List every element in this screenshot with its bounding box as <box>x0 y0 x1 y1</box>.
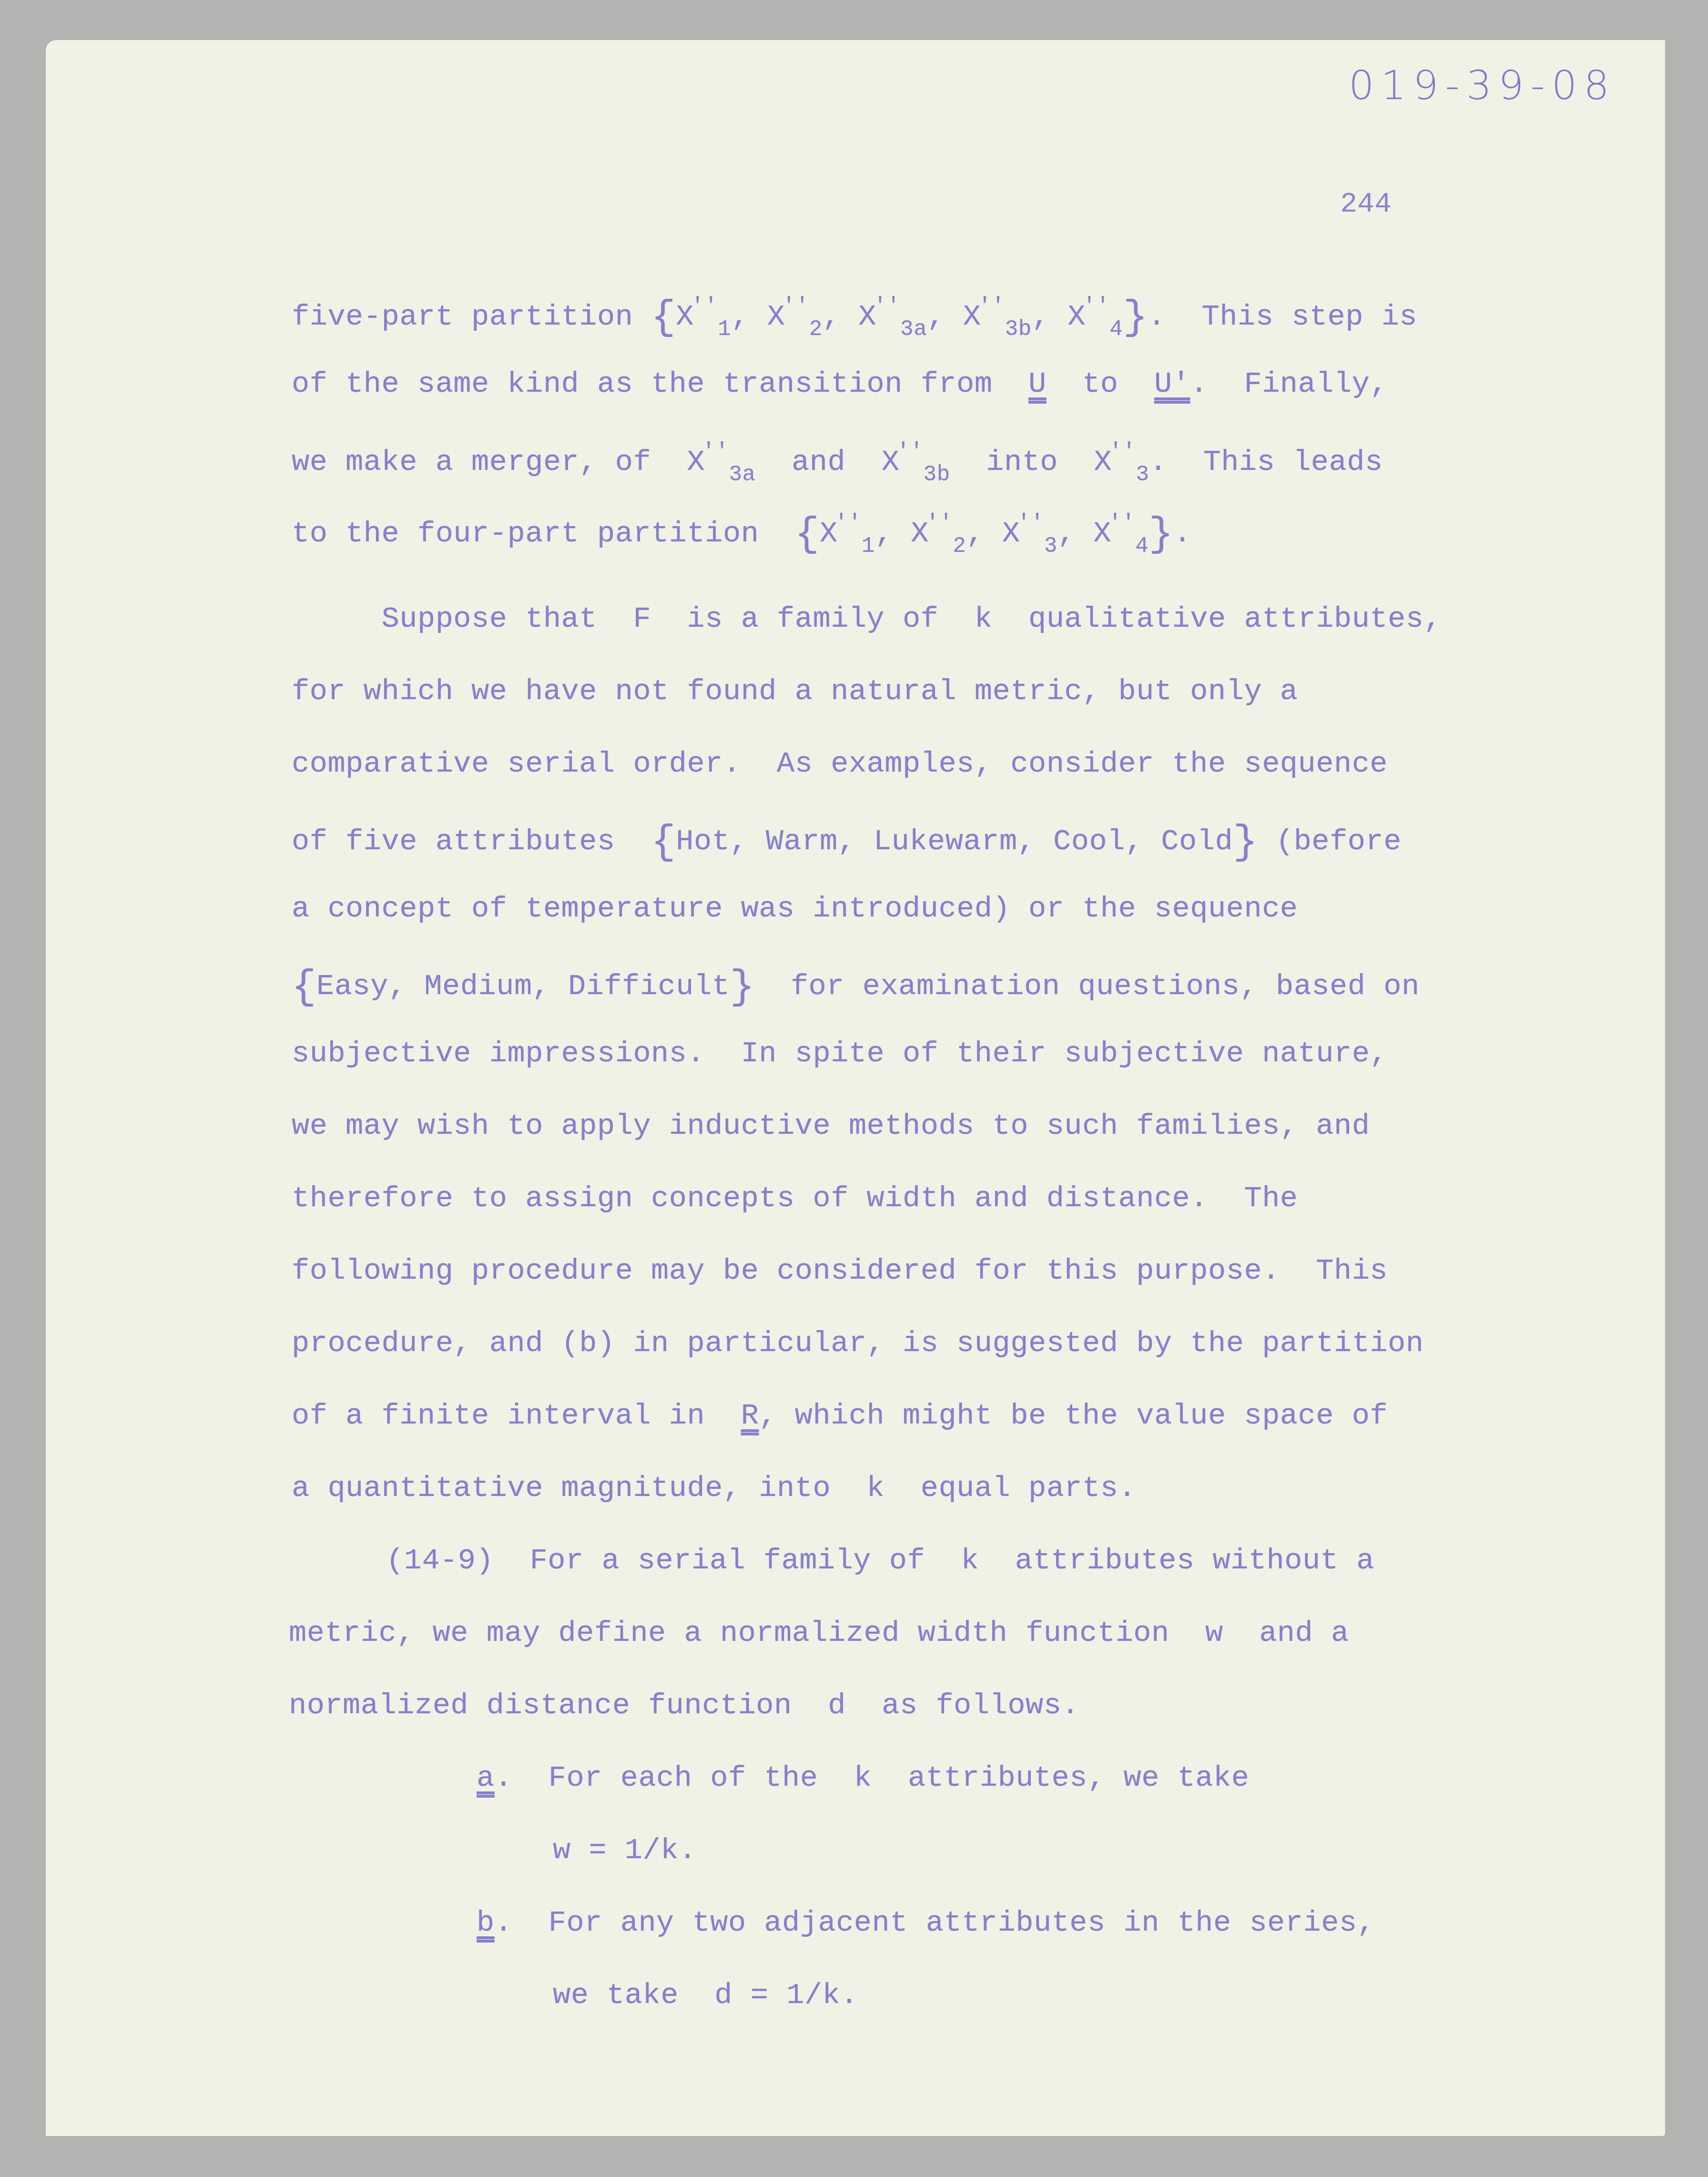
p1-line-3: we make a merger, of X''3a and X''3b int… <box>292 441 1383 486</box>
var-x4: X''4 <box>1067 300 1123 334</box>
p2-line-1: Suppose that F is a family of k qualitat… <box>292 604 1442 634</box>
brace-close: } <box>1149 511 1173 558</box>
typed-body: five-part partition {X''1, X''2, X''3a, … <box>0 0 36 1123</box>
brace-close: } <box>1233 819 1258 865</box>
archive-id-handwritten: 019-39-08 <box>1349 62 1616 109</box>
var-x3: X''3, <box>1002 517 1093 550</box>
p2-line-3: comparative serial order. As examples, c… <box>292 749 1388 779</box>
definition-line-2: metric, we may define a normalized width… <box>289 1618 1349 1648</box>
brace-open: { <box>292 964 316 1010</box>
p2-line-2: for which we have not found a natural me… <box>292 677 1298 706</box>
p1-line-1: five-part partition {X''1, X''2, X''3a, … <box>292 295 1417 340</box>
brace-open: { <box>651 819 676 865</box>
item-a-marker: a <box>477 1761 495 1795</box>
symbol-U: U <box>1028 367 1047 401</box>
brace-close: } <box>1123 294 1148 341</box>
item-b-line-2: we take d = 1/k. <box>553 1981 858 2010</box>
p2-line-6: {Easy, Medium, Difficult} for examinatio… <box>292 966 1420 1007</box>
brace-open: { <box>795 511 820 558</box>
p2-line-10: following procedure may be considered fo… <box>292 1256 1388 1286</box>
p2-line-9: therefore to assign concepts of width an… <box>292 1184 1298 1213</box>
p2-line-8: we may wish to apply inductive methods t… <box>292 1111 1370 1141</box>
definition-line-1: (14-9) For a serial family of k attribut… <box>386 1546 1374 1576</box>
var-x2: X''2, <box>911 517 1002 550</box>
symbol-U-prime: U' <box>1154 367 1190 401</box>
var-x4: X''4 <box>1093 517 1149 550</box>
brace-close: } <box>730 964 754 1010</box>
var-x1: X''1, <box>820 517 911 550</box>
page-number: 244 <box>1340 188 1392 221</box>
difficulty-sequence: Easy, Medium, Difficult <box>316 969 730 1003</box>
document-page <box>46 40 1665 2136</box>
brace-open: { <box>651 294 676 341</box>
p1-line-2: of the same kind as the transition from … <box>292 369 1388 399</box>
item-a-line-1: a. For each of the k attributes, we take <box>477 1763 1249 1793</box>
var-x2: X''2, <box>767 300 858 334</box>
var-x3b: X''3b <box>882 445 950 479</box>
var-x3-merged: X''3 <box>1094 445 1149 479</box>
symbol-R: R <box>741 1399 759 1433</box>
var-x1: X''1, <box>676 300 767 334</box>
p2-line-5: a concept of temperature was introduced)… <box>292 894 1298 924</box>
definition-line-3: normalized distance function d as follow… <box>289 1691 1079 1720</box>
p2-line-4: of five attributes {Hot, Warm, Lukewarm,… <box>292 822 1402 863</box>
p1-line-4: to the four-part partition {X''1, X''2, … <box>292 512 1191 557</box>
var-x3a: X''3a, <box>858 300 963 334</box>
var-x3b: X''3b, <box>963 300 1068 334</box>
var-x3a: X''3a <box>687 445 756 479</box>
p2-line-13: a quantitative magnitude, into k equal p… <box>292 1474 1136 1503</box>
item-a-line-2: w = 1/k. <box>553 1836 697 1865</box>
temperature-sequence: Hot, Warm, Lukewarm, Cool, Cold <box>676 824 1233 858</box>
p2-line-7: subjective impressions. In spite of thei… <box>292 1039 1388 1068</box>
definition-label: (14-9) <box>386 1544 494 1577</box>
item-b-line-1: b. For any two adjacent attributes in th… <box>477 1908 1375 1938</box>
p2-line-11: procedure, and (b) in particular, is sug… <box>292 1329 1423 1358</box>
item-b-marker: b <box>477 1906 495 1940</box>
p2-line-12: of a finite interval in R, which might b… <box>292 1401 1388 1431</box>
